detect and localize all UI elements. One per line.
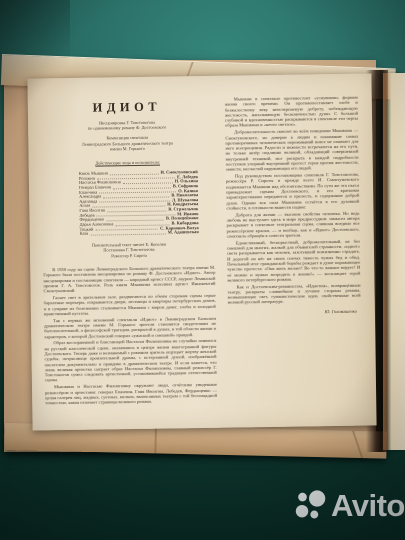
paragraph: Под руководством постановщика спектакля … [226, 172, 360, 211]
paragraph: Образ восторженной и блистающей Настасьи… [44, 338, 217, 383]
paragraph: Гаснет свет в зрительном зале, раздвигаю… [44, 293, 216, 317]
paragraph: В 1958 году на сцене Ленинградского Боль… [43, 265, 215, 294]
staging-credits: Пояснительный текст читает Е. КопелянПос… [43, 241, 215, 260]
right-column: Мышкин в спектакле противостоит «уснувши… [225, 95, 361, 316]
page-title: ИДИОТ [41, 99, 213, 117]
avito-watermark: Avito [294, 487, 405, 525]
production-credit: Композиция спектакляЛенинградского Больш… [41, 134, 213, 152]
author-signature: Ю. Головашенко [228, 308, 361, 315]
credit-line: Режиссер Р. Сирота [43, 251, 215, 259]
left-body-text: В 1958 году на сцене Ленинградского Боль… [43, 265, 217, 406]
adjacent-page-edge [383, 73, 405, 450]
cast-actor: М. Адашевская [168, 230, 199, 235]
left-column: ИДИОТ Инсценировка Г. Товстоноговапо одн… [41, 90, 218, 407]
avito-logo-icon [294, 487, 328, 525]
paragraph: Доброжелательность сквозит во всём повед… [225, 128, 359, 172]
fold-crease [352, 431, 363, 458]
cast-heading: Действующие лица и исполнители: [42, 159, 214, 167]
avito-wordmark: Avito [331, 487, 405, 525]
dotted-leader [90, 233, 165, 235]
paragraph: Мышкин в спектакле противостоит «уснувши… [225, 95, 358, 129]
paragraph: Доброта для жизни — высокие свойства чел… [226, 210, 359, 238]
adaptation-credit: Инсценировка Г. Товстоноговапо одноименн… [41, 119, 213, 132]
fold-crease [154, 426, 157, 453]
right-body-text: Мышкин в спектакле противостоит «уснувши… [225, 95, 361, 306]
paragraph: Мышкина и Настасью Филипповну окружают л… [45, 382, 217, 406]
paragraph: Единственный, бескорыстный, доброжелател… [227, 238, 361, 282]
liner-notes-page: ИДИОТ Инсценировка Г. Товстоноговапо одн… [27, 73, 376, 430]
cast-list: Князь МышкинИ. Смоктуновский РогожинЕ. Л… [79, 170, 199, 237]
paragraph: Так с первых же мгновений спектакля «Иди… [44, 315, 216, 339]
paragraph: Как и Достоевским-романистом, «Идиотом»,… [227, 282, 360, 305]
cast-role: Катя [80, 232, 89, 237]
cast-row: КатяМ. Адашевская [80, 230, 199, 236]
